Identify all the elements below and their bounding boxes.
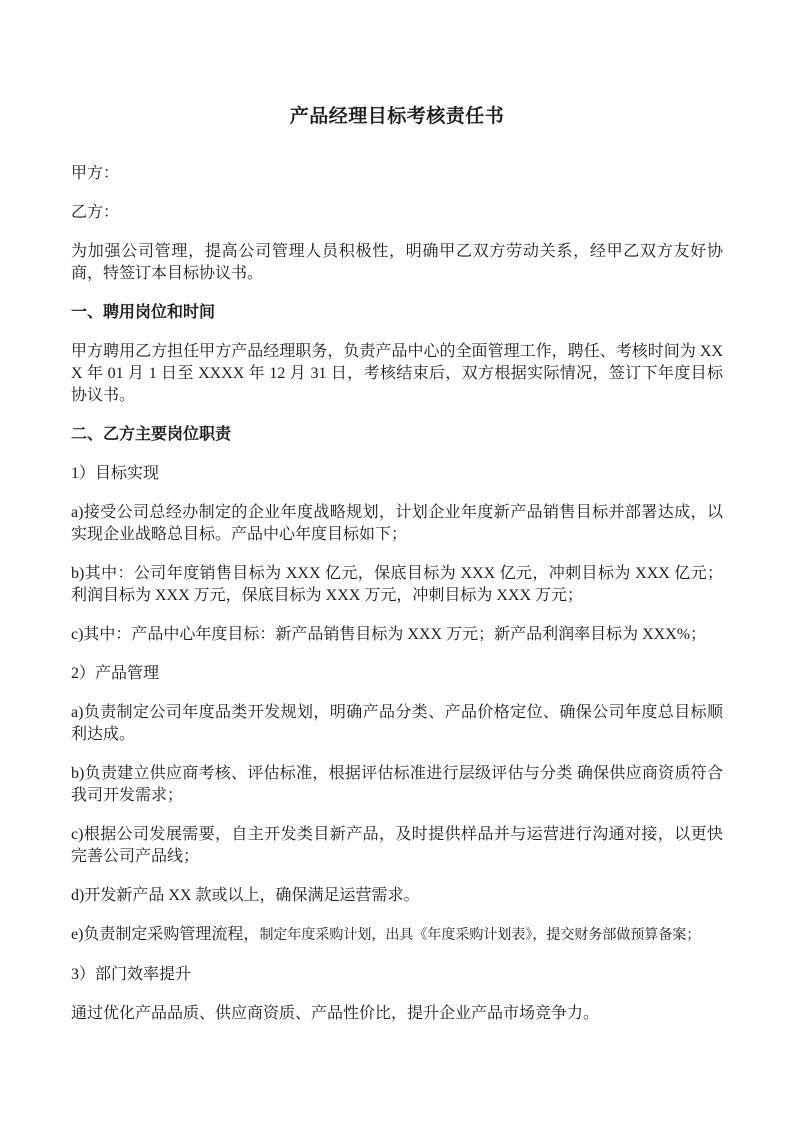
subsection-3-label: 3）部门效率提升 xyxy=(71,964,723,986)
intro-paragraph: 为加强公司管理，提高公司管理人员积极性，明确甲乙双方劳动关系，经甲乙双方友好协商… xyxy=(71,241,723,285)
document-title: 产品经理目标考核责任书 xyxy=(71,104,723,130)
party-a-line: 甲方： xyxy=(71,163,723,185)
section-2-heading: 二、乙方主要岗位职责 xyxy=(71,424,723,446)
subsection-2-item-d: d)开发新产品 XX 款或以上，确保满足运营需求。 xyxy=(71,885,723,907)
subsection-1-label: 1）目标实现 xyxy=(71,463,723,485)
subsection-1-item-c: c)其中：产品中心年度目标：新产品销售目标为 XXX 万元；新产品利润率目标为 … xyxy=(71,624,723,646)
subsection-1-item-b: b)其中：公司年度销售目标为 XXX 亿元，保底目标为 XXX 亿元，冲刺目标为… xyxy=(71,563,723,607)
subsection-2-item-e-lead: e)负责制定采购管理流程， xyxy=(71,926,259,943)
subsection-2-item-e: e)负责制定采购管理流程，制定年度采购计划，出具《年度采购计划表》，提交财务部做… xyxy=(71,924,723,947)
section-1-heading: 一、聘用岗位和时间 xyxy=(71,302,723,324)
party-b-line: 乙方： xyxy=(71,202,723,224)
subsection-2-item-a: a)负责制定公司年度品类开发规划，明确产品分类、产品价格定位、确保公司年度总目标… xyxy=(71,702,723,746)
subsection-2-item-b: b)负责建立供应商考核、评估标准，根据评估标准进行层级评估与分类 确保供应商资质… xyxy=(71,763,723,807)
subsection-2-item-c: c)根据公司发展需要，自主开发类目新产品，及时提供样品并与运营进行沟通对接，以更… xyxy=(71,824,723,868)
document-page: 产品经理目标考核责任书 甲方： 乙方： 为加强公司管理，提高公司管理人员积极性，… xyxy=(0,0,793,1122)
subsection-2-label: 2）产品管理 xyxy=(71,663,723,685)
subsection-2-item-e-rest: 制定年度采购计划，出具《年度采购计划表》，提交财务部做预算备案； xyxy=(259,928,700,943)
subsection-3-paragraph: 通过优化产品品质、供应商资质、产品性价比，提升企业产品市场竞争力。 xyxy=(71,1003,723,1025)
subsection-1-item-a: a)接受公司总经办制定的企业年度战略规划，计划企业年度新产品销售目标并部署达成，… xyxy=(71,502,723,546)
section-1-paragraph: 甲方聘用乙方担任甲方产品经理职务，负责产品中心的全面管理工作，聘任、考核时间为 … xyxy=(71,341,723,407)
